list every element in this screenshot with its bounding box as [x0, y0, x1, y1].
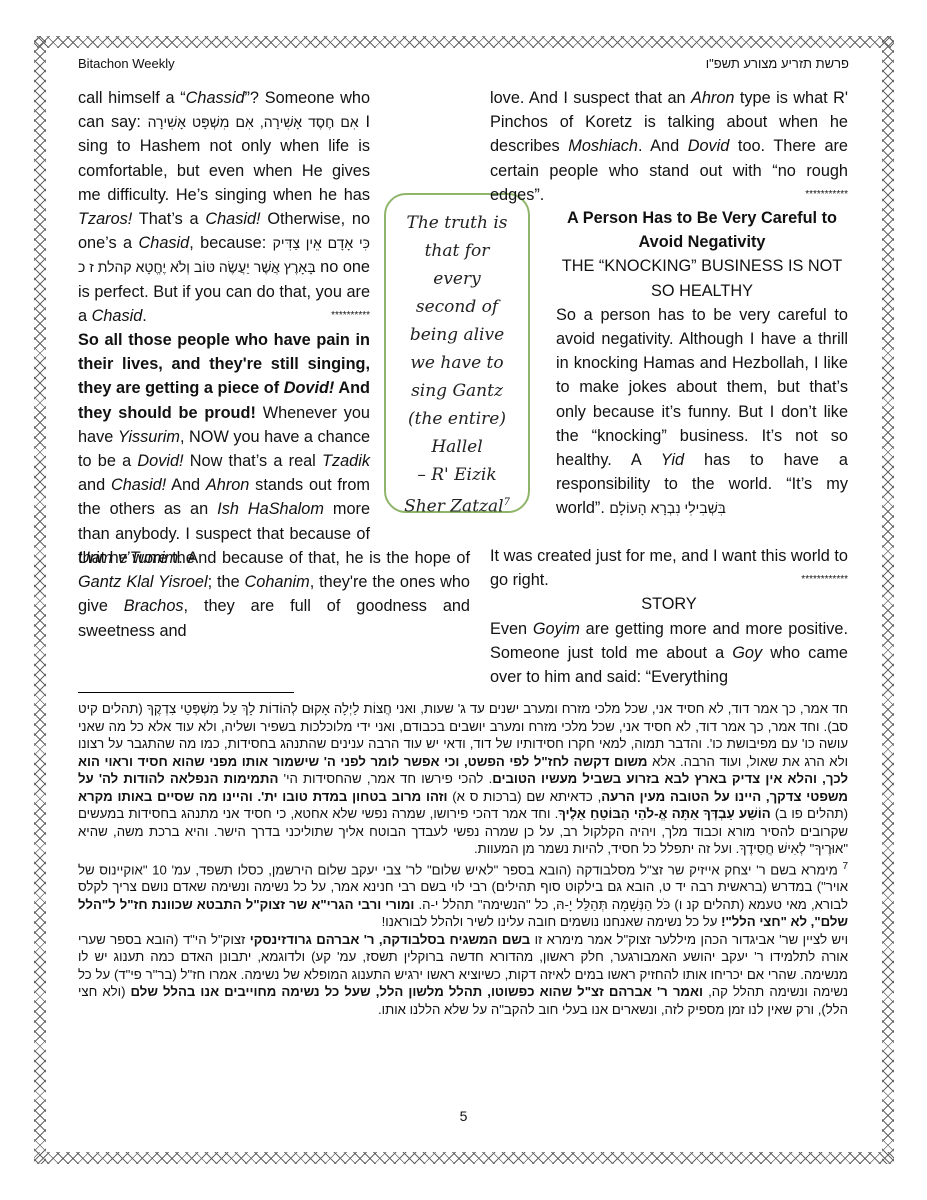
- right-column-lower: It was created just for me, and I want t…: [490, 544, 848, 689]
- footnote-divider: [78, 692, 294, 693]
- pull-quote-line: Hallel: [386, 433, 528, 461]
- parsha-title: פרשת תזריע מצורע תשפ"ו: [706, 56, 849, 71]
- pull-quote-line: we have to: [386, 349, 528, 377]
- text: . And: [638, 137, 688, 155]
- text: (תהלים פו ב): [771, 806, 848, 821]
- text: call himself a “: [78, 89, 186, 107]
- footnote-6: חד אמר, כך אמר דוד, לא חסיד אני, שכל מלכ…: [78, 700, 848, 858]
- right-paragraph-2: So a person has to be very careful to av…: [556, 303, 848, 521]
- pull-quote-box: The truth is that for every second of be…: [384, 193, 530, 513]
- left-column-wide: Urim v’Tumim. And because of that, he is…: [78, 546, 470, 643]
- hebrew-quote: אִם חֶסֶד אָשִׁירָה, אִם מִשְׁפָּט אָשִׁ…: [148, 114, 359, 130]
- right-paragraph-3: Even Goyim are getting more and more pos…: [490, 617, 848, 690]
- left-paragraph-1: call himself a “Chassid”? Someone who ca…: [78, 86, 370, 328]
- text: ; the: [208, 573, 245, 591]
- footnote-reference[interactable]: 7: [504, 497, 510, 508]
- term-goy: Goy: [732, 644, 762, 662]
- term-chasid: Chasid: [139, 234, 190, 252]
- term-klal-yisroel: Gantz Klal Yisroel: [78, 573, 208, 591]
- decorative-border-right: [882, 36, 894, 1164]
- term-chasid: Chasid!: [205, 210, 260, 228]
- section-separator: ***********: [805, 183, 848, 207]
- left-column: call himself a “Chassid”? Someone who ca…: [78, 86, 370, 570]
- decorative-border-bottom: [34, 1152, 894, 1164]
- text: ויש לציין שר' אביגדור הכהן מיללער זצוק"ל…: [530, 932, 848, 947]
- term-moshiach: Moshiach: [568, 137, 638, 155]
- term-goyim: Goyim: [533, 620, 580, 638]
- term-tzadik: Tzadik: [322, 452, 370, 470]
- page-header: Bitachon Weekly פרשת תזריע מצורע תשפ"ו: [78, 56, 849, 76]
- pull-quote-line: (the entire): [386, 405, 528, 433]
- bold-text: וזהו מרוב בטחון במדת טובו ית'. והיינו מה…: [78, 789, 447, 804]
- term-chasid: Chasid!: [111, 476, 166, 494]
- text: That’s a: [132, 210, 205, 228]
- text: . להכי פירשו חד אמר, שהחסידות הי': [278, 771, 492, 786]
- term-yissurim: Yissurim: [118, 428, 180, 446]
- bold-text: ואמר ר' אברהם זצ"ל שהוא כפשוטו, תהלל מלש…: [131, 984, 703, 999]
- decorative-border-top: [34, 36, 894, 48]
- term-cohanim: Cohanim: [245, 573, 310, 591]
- pull-quote-line: Sher Zatzal7: [386, 489, 528, 521]
- right-column-narrow: A Person Has to Be Very Careful to Avoid…: [556, 206, 848, 521]
- text: love. And I suspect that an: [490, 89, 691, 107]
- term-yid: Yid: [661, 451, 684, 469]
- term-dovid: Dovid!: [137, 452, 183, 470]
- text: , כדאיתא שם (ברכות ס א): [447, 789, 601, 804]
- pull-quote-line: The truth is: [386, 209, 528, 237]
- decorative-border-left: [34, 36, 46, 1164]
- section-separator: ************: [801, 568, 848, 592]
- left-paragraph-2-cont: Urim v’Tumim. And because of that, he is…: [78, 546, 470, 643]
- text: . And because of that, he is the hope of: [178, 549, 470, 567]
- right-column: love. And I suspect that an Ahron type i…: [490, 86, 848, 207]
- left-paragraph-2: So all those people who have pain in the…: [78, 328, 370, 570]
- term-ish-hashalom: Ish HaShalom: [217, 500, 324, 518]
- hebrew-quote: בִּשְׁבִילִי נִבְרָא הָעוֹלָם: [609, 500, 726, 516]
- page-number: 5: [0, 1108, 927, 1124]
- publication-title: Bitachon Weekly: [78, 56, 175, 71]
- bold-text: הוֹשַׁע עַבְדְּךָ אַתָּה אֱ-לֹהַי הַבּוֹ…: [558, 806, 770, 821]
- term-ahron: Ahron: [691, 89, 734, 107]
- pull-quote-line: second of: [386, 293, 528, 321]
- text: .: [142, 307, 147, 325]
- story-heading: STORY: [490, 592, 848, 616]
- term-chassid: Chassid: [186, 89, 245, 107]
- term-ahron: Ahron: [206, 476, 249, 494]
- term-urim-vtumim: Urim v’Tumim: [78, 549, 178, 567]
- pull-quote-line: every: [386, 265, 528, 293]
- section-subheading: THE “KNOCKING” BUSINESS IS NOT SO HEALTH…: [556, 254, 848, 302]
- pull-quote-line: – R' Eizik: [386, 461, 528, 489]
- term-tzaros: Tzaros!: [78, 210, 132, 228]
- text: Now that’s a real: [184, 452, 322, 470]
- section-heading: A Person Has to Be Very Careful to Avoid…: [556, 206, 848, 254]
- pull-quote-line: sing Gantz: [386, 377, 528, 405]
- term-chasid: Chasid: [92, 307, 143, 325]
- term-dovid: Dovid!: [284, 379, 335, 397]
- text: and: [78, 476, 111, 494]
- footnotes: חד אמר, כך אמר דוד, לא חסיד אני, שכל מלכ…: [78, 700, 848, 1018]
- term-dovid: Dovid: [688, 137, 730, 155]
- bold-text: בשם המשגיח בסלבודקה, ר' אברהם גרודזינסקי: [250, 932, 530, 947]
- section-separator: **********: [331, 304, 370, 328]
- footnote-7-cont: ויש לציין שר' אביגדור הכהן מיללער זצוק"ל…: [78, 931, 848, 1019]
- pull-quote-line: that for: [386, 237, 528, 265]
- pull-quote-line: being alive: [386, 321, 528, 349]
- right-paragraph-2-cont: It was created just for me, and I want t…: [490, 544, 848, 592]
- text: , because:: [189, 234, 272, 252]
- pull-quote-attribution: Sher Zatzal: [404, 497, 504, 517]
- footnote-7: 7 מימרא בשם ר' יצחק אייזיק שר זצ"ל מסלבו…: [78, 858, 848, 931]
- text: And: [166, 476, 206, 494]
- text: It was created just for me, and I want t…: [490, 547, 848, 589]
- right-paragraph-1: love. And I suspect that an Ahron type i…: [490, 86, 848, 207]
- text: So a person has to be very careful to av…: [556, 306, 848, 469]
- text: Even: [490, 620, 533, 638]
- footnote-number: 7: [842, 861, 848, 872]
- text: על כל נשימה שאנחנו נושמים חובה עלינו לשי…: [382, 914, 722, 929]
- term-brachos: Brachos: [124, 597, 184, 615]
